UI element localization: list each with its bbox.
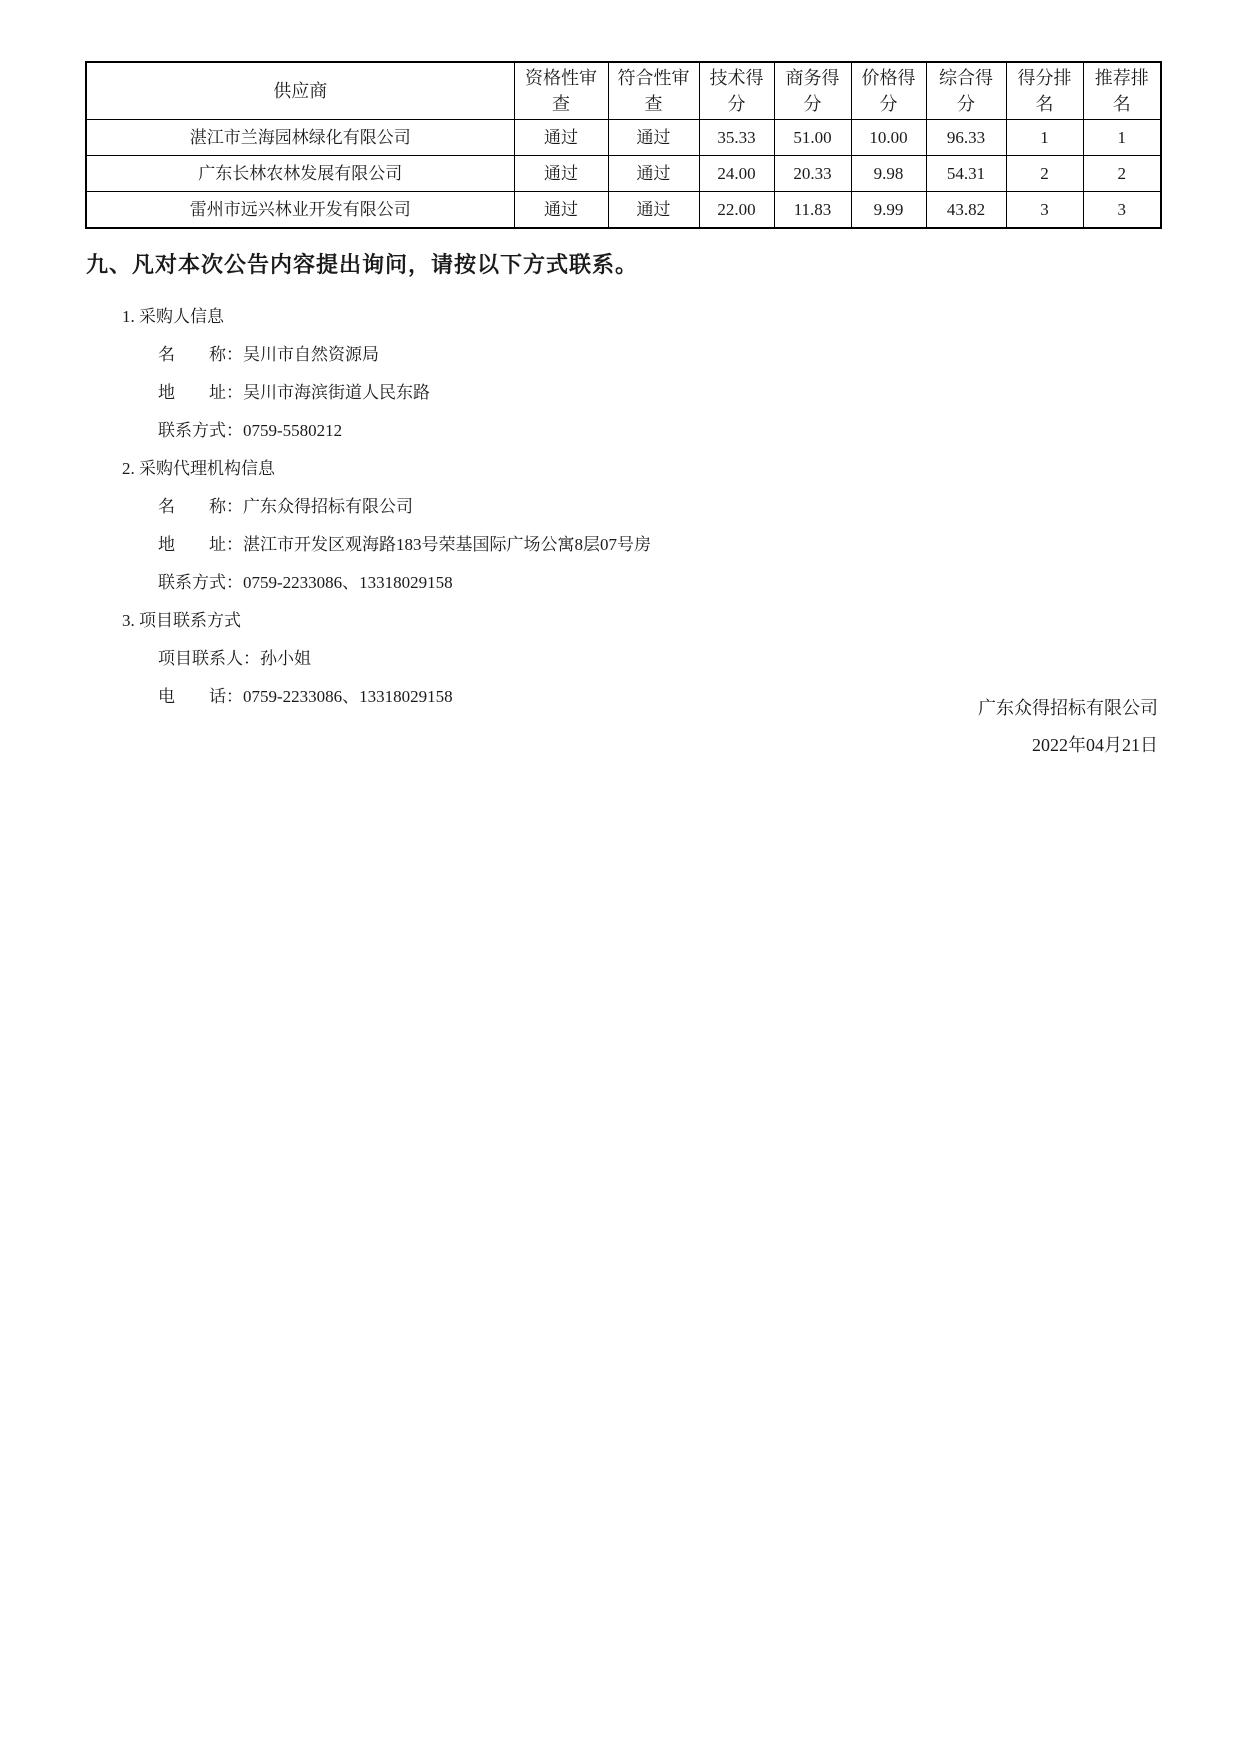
document-page: 供应商 资格性审查 符合性审查 技术得分 商务得分 价格得分 综合得分 得分排名… (0, 0, 1240, 1754)
project-contact-title: 3. 项目联系方式 (0, 602, 1240, 640)
business-score: 11.83 (774, 192, 851, 229)
supplier-score-table: 供应商 资格性审查 符合性审查 技术得分 商务得分 价格得分 综合得分 得分排名… (85, 61, 1162, 229)
field-value: 0759-5580212 (243, 421, 342, 440)
field-value: 孙小姐 (260, 649, 311, 668)
table-row: 广东长林农林发展有限公司 通过 通过 24.00 20.33 9.98 54.3… (86, 156, 1161, 192)
agency-address-line: 地 址：湛江市开发区观海路183号荣基国际广场公寓8层07号房 (0, 526, 1240, 564)
qualification-result: 通过 (514, 120, 608, 156)
signature-date: 2022年04月21日 (978, 727, 1158, 764)
signature-company: 广东众得招标有限公司 (978, 690, 1158, 727)
field-label: 项目联系人： (158, 649, 260, 668)
price-score: 9.98 (851, 156, 926, 192)
field-value: 吴川市海滨街道人民东路 (243, 383, 430, 402)
table-header-row: 供应商 资格性审查 符合性审查 技术得分 商务得分 价格得分 综合得分 得分排名… (86, 62, 1161, 120)
header-score-rank: 得分排名 (1006, 62, 1083, 120)
table-row: 湛江市兰海园林绿化有限公司 通过 通过 35.33 51.00 10.00 96… (86, 120, 1161, 156)
supplier-name: 广东长林农林发展有限公司 (86, 156, 514, 192)
field-label: 电 话： (158, 687, 243, 706)
comprehensive-score: 54.31 (926, 156, 1006, 192)
agency-name-line: 名 称：广东众得招标有限公司 (0, 488, 1240, 526)
header-comprehensive-score: 综合得分 (926, 62, 1006, 120)
field-label: 名 称： (158, 345, 243, 364)
field-label: 名 称： (158, 497, 243, 516)
header-qualification-review: 资格性审查 (514, 62, 608, 120)
recommend-rank: 3 (1083, 192, 1161, 229)
header-technical-score: 技术得分 (699, 62, 774, 120)
header-conformity-review: 符合性审查 (608, 62, 699, 120)
conformity-result: 通过 (608, 120, 699, 156)
recommend-rank: 2 (1083, 156, 1161, 192)
field-label: 联系方式： (158, 573, 243, 592)
signature-block: 广东众得招标有限公司 2022年04月21日 (978, 690, 1158, 764)
field-label: 联系方式： (158, 421, 243, 440)
technical-score: 22.00 (699, 192, 774, 229)
contact-info-block: 1. 采购人信息 名 称：吴川市自然资源局 地 址：吴川市海滨街道人民东路 联系… (0, 298, 1240, 716)
agency-info-title: 2. 采购代理机构信息 (0, 450, 1240, 488)
purchaser-contact-line: 联系方式：0759-5580212 (0, 412, 1240, 450)
supplier-name: 湛江市兰海园林绿化有限公司 (86, 120, 514, 156)
supplier-name: 雷州市远兴林业开发有限公司 (86, 192, 514, 229)
recommend-rank: 1 (1083, 120, 1161, 156)
technical-score: 24.00 (699, 156, 774, 192)
score-rank: 1 (1006, 120, 1083, 156)
technical-score: 35.33 (699, 120, 774, 156)
business-score: 51.00 (774, 120, 851, 156)
price-score: 9.99 (851, 192, 926, 229)
field-value: 湛江市开发区观海路183号荣基国际广场公寓8层07号房 (243, 535, 651, 554)
comprehensive-score: 43.82 (926, 192, 1006, 229)
qualification-result: 通过 (514, 192, 608, 229)
purchaser-info-title: 1. 采购人信息 (0, 298, 1240, 336)
project-contact-person-line: 项目联系人：孙小姐 (0, 640, 1240, 678)
field-value: 吴川市自然资源局 (243, 345, 379, 364)
field-value: 0759-2233086、13318029158 (243, 687, 453, 706)
score-rank: 3 (1006, 192, 1083, 229)
purchaser-address-line: 地 址：吴川市海滨街道人民东路 (0, 374, 1240, 412)
table-row: 雷州市远兴林业开发有限公司 通过 通过 22.00 11.83 9.99 43.… (86, 192, 1161, 229)
header-supplier: 供应商 (86, 62, 514, 120)
header-price-score: 价格得分 (851, 62, 926, 120)
header-business-score: 商务得分 (774, 62, 851, 120)
agency-contact-line: 联系方式：0759-2233086、13318029158 (0, 564, 1240, 602)
qualification-result: 通过 (514, 156, 608, 192)
score-rank: 2 (1006, 156, 1083, 192)
section-heading: 九、凡对本次公告内容提出询问，请按以下方式联系。 (86, 248, 638, 279)
comprehensive-score: 96.33 (926, 120, 1006, 156)
field-value: 广东众得招标有限公司 (243, 497, 413, 516)
header-recommend-rank: 推荐排名 (1083, 62, 1161, 120)
purchaser-name-line: 名 称：吴川市自然资源局 (0, 336, 1240, 374)
price-score: 10.00 (851, 120, 926, 156)
field-value: 0759-2233086、13318029158 (243, 573, 453, 592)
field-label: 地 址： (158, 383, 243, 402)
business-score: 20.33 (774, 156, 851, 192)
conformity-result: 通过 (608, 156, 699, 192)
field-label: 地 址： (158, 535, 243, 554)
conformity-result: 通过 (608, 192, 699, 229)
